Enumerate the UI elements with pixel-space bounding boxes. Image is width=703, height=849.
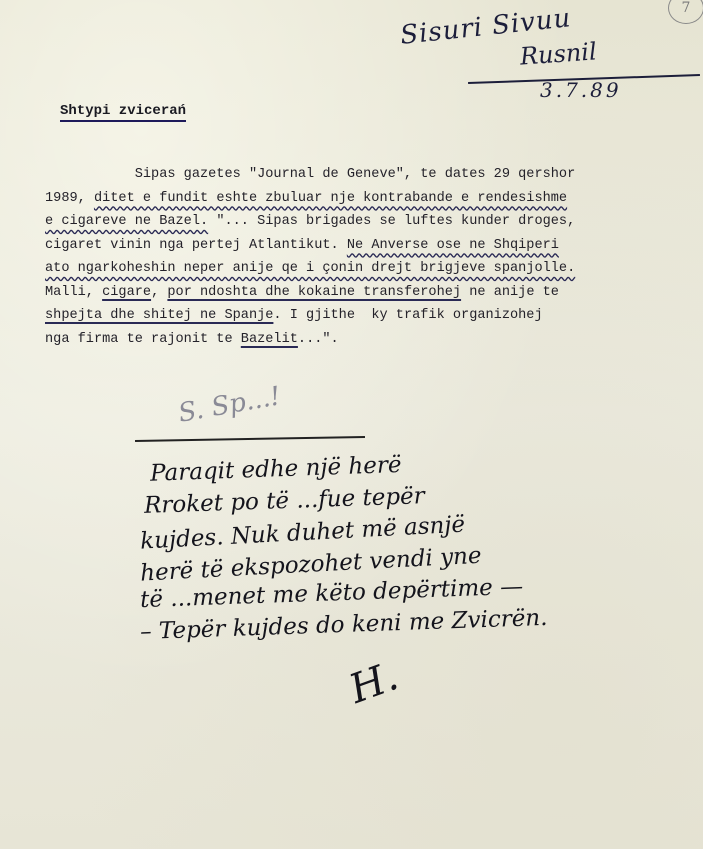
text-segment: Malli, [45,285,102,300]
text-segment: cigaret vinin nga pertej Atlantikut. [45,238,347,253]
underlined-text: por ndoshta dhe kokaine transferohej [167,285,461,300]
text-segment: nga firma te rajonit te [45,332,241,347]
typed-line: 1989, ditet e fundit eshte zbuluar nje k… [45,187,700,211]
handwritten-signature-top: Rusnil [519,37,597,70]
typed-line: e cigareve ne Bazel. "... Sipas brigades… [45,210,700,234]
text-segment: Sipas gazetes "Journal de Geneve", te da… [45,167,575,182]
typed-line: Malli, cigare, por ndoshta dhe kokaine t… [45,281,700,305]
handwritten-initials: H. [344,653,404,713]
underlined-text: ato ngarkoheshin neper anije qe i çonin … [45,261,575,276]
text-segment: , [151,285,167,300]
document-heading: Shtypi zvicerań [60,103,186,122]
underlined-text: cigare [102,285,151,300]
underlined-text: Bazelit [241,332,298,347]
text-segment: 1989, [45,191,94,206]
typed-body-text: Sipas gazetes "Journal de Geneve", te da… [45,163,700,351]
typed-line: Sipas gazetes "Journal de Geneve", te da… [45,163,700,187]
text-segment: "... Sipas brigades se luftes kunder dro… [208,214,575,229]
underlined-text: Ne Anverse ose ne Shqiperi [347,238,559,253]
page-number-marker: 7 [668,0,703,24]
divider-line [135,436,365,442]
text-segment: ne anije te [461,285,559,300]
typed-line: shpejta dhe shitej ne Spanje. I gjithe k… [45,304,700,328]
faint-handwritten-signature: S. Sp...! [176,381,283,428]
text-segment: . I gjithe ky trafik organizohej [273,308,542,323]
typed-line: cigaret vinin nga pertej Atlantikut. Ne … [45,234,700,258]
handwritten-note: Paraqit edhe një herëRroket po të ...fue… [140,450,660,639]
typed-line: ato ngarkoheshin neper anije qe i çonin … [45,257,700,281]
underlined-text: ditet e fundit eshte zbuluar nje kontrab… [94,191,567,206]
underlined-text: e cigareve ne Bazel. [45,214,208,229]
text-segment: ...". [298,332,339,347]
underlined-text: shpejta dhe shitej ne Spanje [45,308,273,323]
scanned-document-page: 7 Sisuri Sivuu Rusnil 3.7.89 Shtypi zvic… [0,0,703,849]
typed-line: nga firma te rajonit te Bazelit...". [45,328,700,352]
handwritten-date: 3.7.89 [540,78,622,102]
